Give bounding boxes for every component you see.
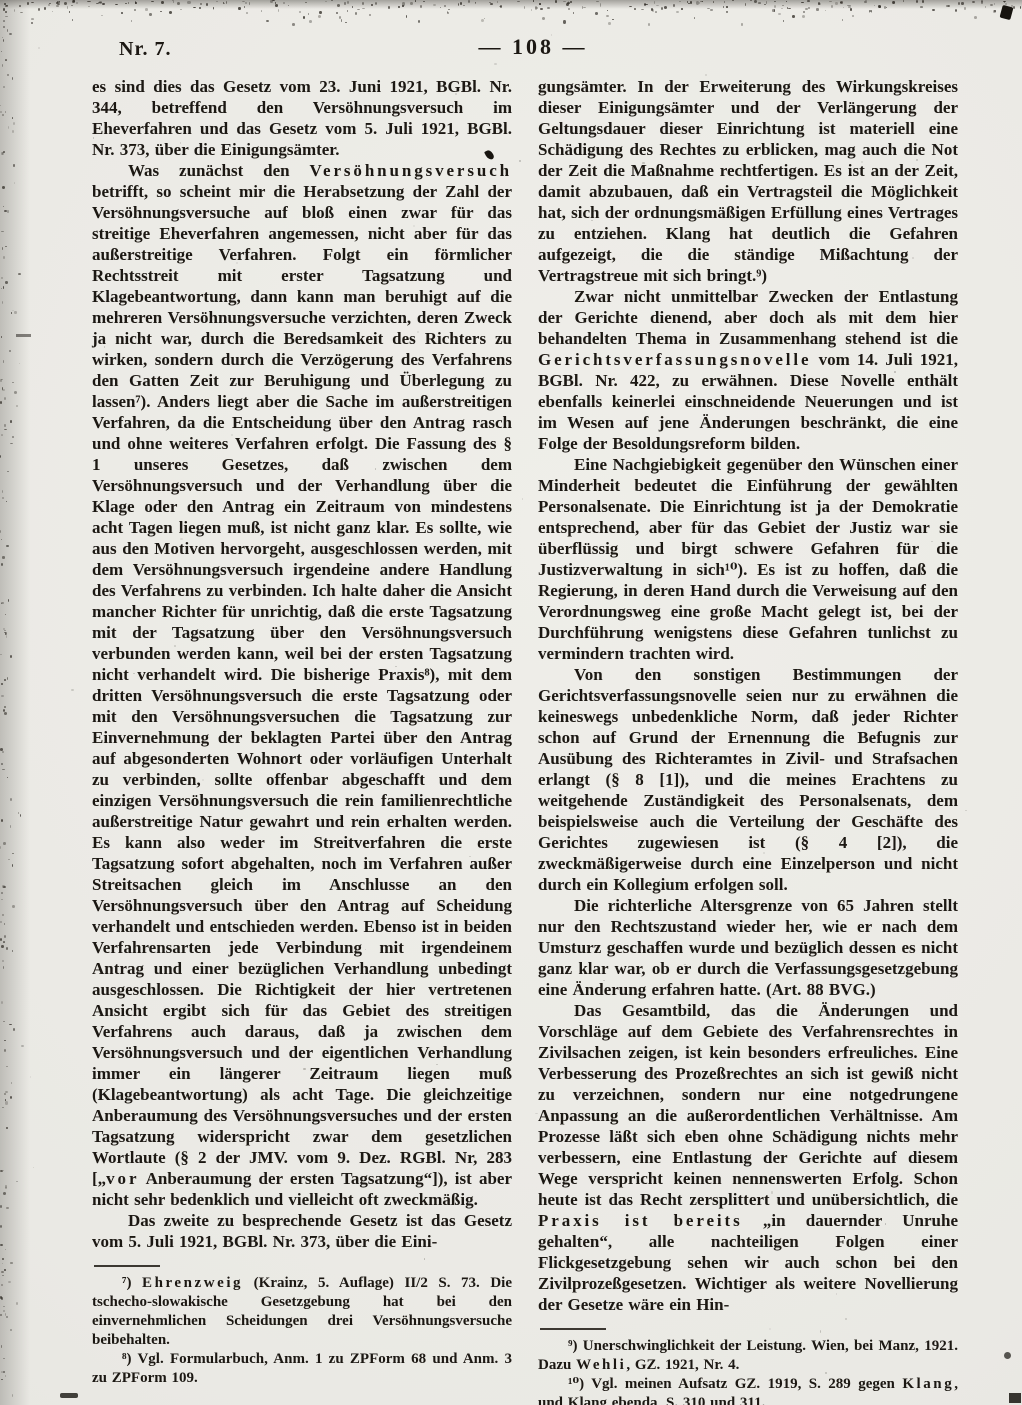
scan-smudge xyxy=(1009,1393,1021,1403)
page-number: — 108 — xyxy=(44,34,1022,60)
scan-smudge xyxy=(1004,1352,1011,1359)
paragraph: Von den sonstigen Bestimmungen der Geric… xyxy=(538,664,958,895)
two-column-text: es sind dies das Gesetz vom 23. Juni 192… xyxy=(92,76,958,1405)
left-column: es sind dies das Gesetz vom 23. Juni 192… xyxy=(92,76,512,1405)
page-header: Nr. 7. — 108 — xyxy=(0,30,1022,68)
footnote-9: ⁹) Unerschwinglichkeit der Leistung. Wie… xyxy=(538,1337,958,1375)
footnote-8: ⁸) Vgl. Formularbuch, Anm. 1 zu ZPForm 6… xyxy=(92,1350,512,1388)
paragraph: gungsämter. In der Erweiterung des Wirku… xyxy=(538,76,958,286)
paragraph: es sind dies das Gesetz vom 23. Juni 192… xyxy=(92,76,512,160)
scan-smudge xyxy=(16,334,31,337)
footnote-10: ¹⁰) Vgl. meinen Aufsatz GZ. 1919, S. 289… xyxy=(538,1375,958,1405)
footnotes-right: ⁹) Unerschwinglichkeit der Leistung. Wie… xyxy=(538,1328,958,1405)
scan-smudge xyxy=(1000,5,1014,20)
paragraph: Die richterliche Altersgrenze von 65 Jah… xyxy=(538,895,958,1000)
scanned-journal-page: Nr. 7. — 108 — es sind dies das Gesetz v… xyxy=(0,0,1022,1405)
paragraph: Was zunächst den Versöhnungsversuch betr… xyxy=(92,160,512,1210)
right-column: gungsämter. In der Erweiterung des Wirku… xyxy=(538,76,958,1405)
paragraph: Das zweite zu besprechende Gesetz ist da… xyxy=(92,1210,512,1252)
paragraph: Das Gesamtbild, das die Änderungen und V… xyxy=(538,1000,958,1315)
footnotes-left: ⁷) Ehrenzweig (Krainz, 5. Auflage) II/2 … xyxy=(92,1265,512,1388)
footnote-separator xyxy=(540,1328,606,1330)
paragraph: Zwar nicht unmittelbar Zwecken der Entla… xyxy=(538,286,958,454)
footnote-7: ⁷) Ehrenzweig (Krainz, 5. Auflage) II/2 … xyxy=(92,1274,512,1350)
paragraph: Eine Nachgiebigkeit gegenüber den Wünsch… xyxy=(538,454,958,664)
scan-left-shadow xyxy=(0,0,30,1405)
footnote-separator xyxy=(94,1265,160,1267)
scan-smudge xyxy=(60,1393,78,1398)
scan-top-shadow xyxy=(0,0,1022,9)
